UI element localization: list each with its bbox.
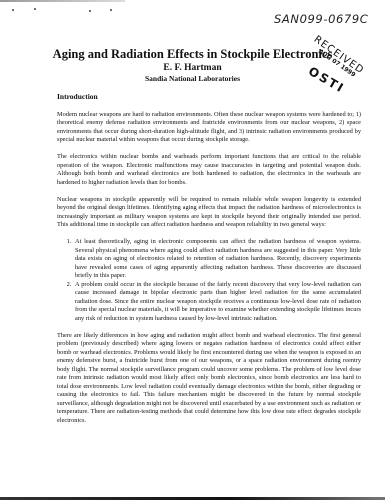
paragraph-1: Modern nuclear weapons are hard to radia… <box>57 111 361 145</box>
document-body: Introduction Modern nuclear weapons are … <box>57 93 361 434</box>
paragraph-3: Nuclear weapons in stockpile apparently … <box>57 196 361 230</box>
paper-author: E. F. Hartman <box>0 63 385 73</box>
numbered-list: At least theoretically, aging in electro… <box>57 238 361 323</box>
paper-affiliation: Sandia National Laboratories <box>0 74 385 83</box>
handwritten-document-id: SAN099-0679C <box>274 12 368 26</box>
paragraph-2: The electronics within nuclear bombs and… <box>57 153 361 187</box>
paragraph-closing: There are likely differences in how agin… <box>57 332 361 426</box>
list-item-1: At least theoretically, aging in electro… <box>73 238 361 281</box>
list-item-2: A problem could occur in the stockpile b… <box>73 281 361 324</box>
section-heading-introduction: Introduction <box>57 93 361 102</box>
paper-title: Aging and Radiation Effects in Stockpile… <box>0 47 385 62</box>
scan-edge-top <box>0 0 125 2</box>
